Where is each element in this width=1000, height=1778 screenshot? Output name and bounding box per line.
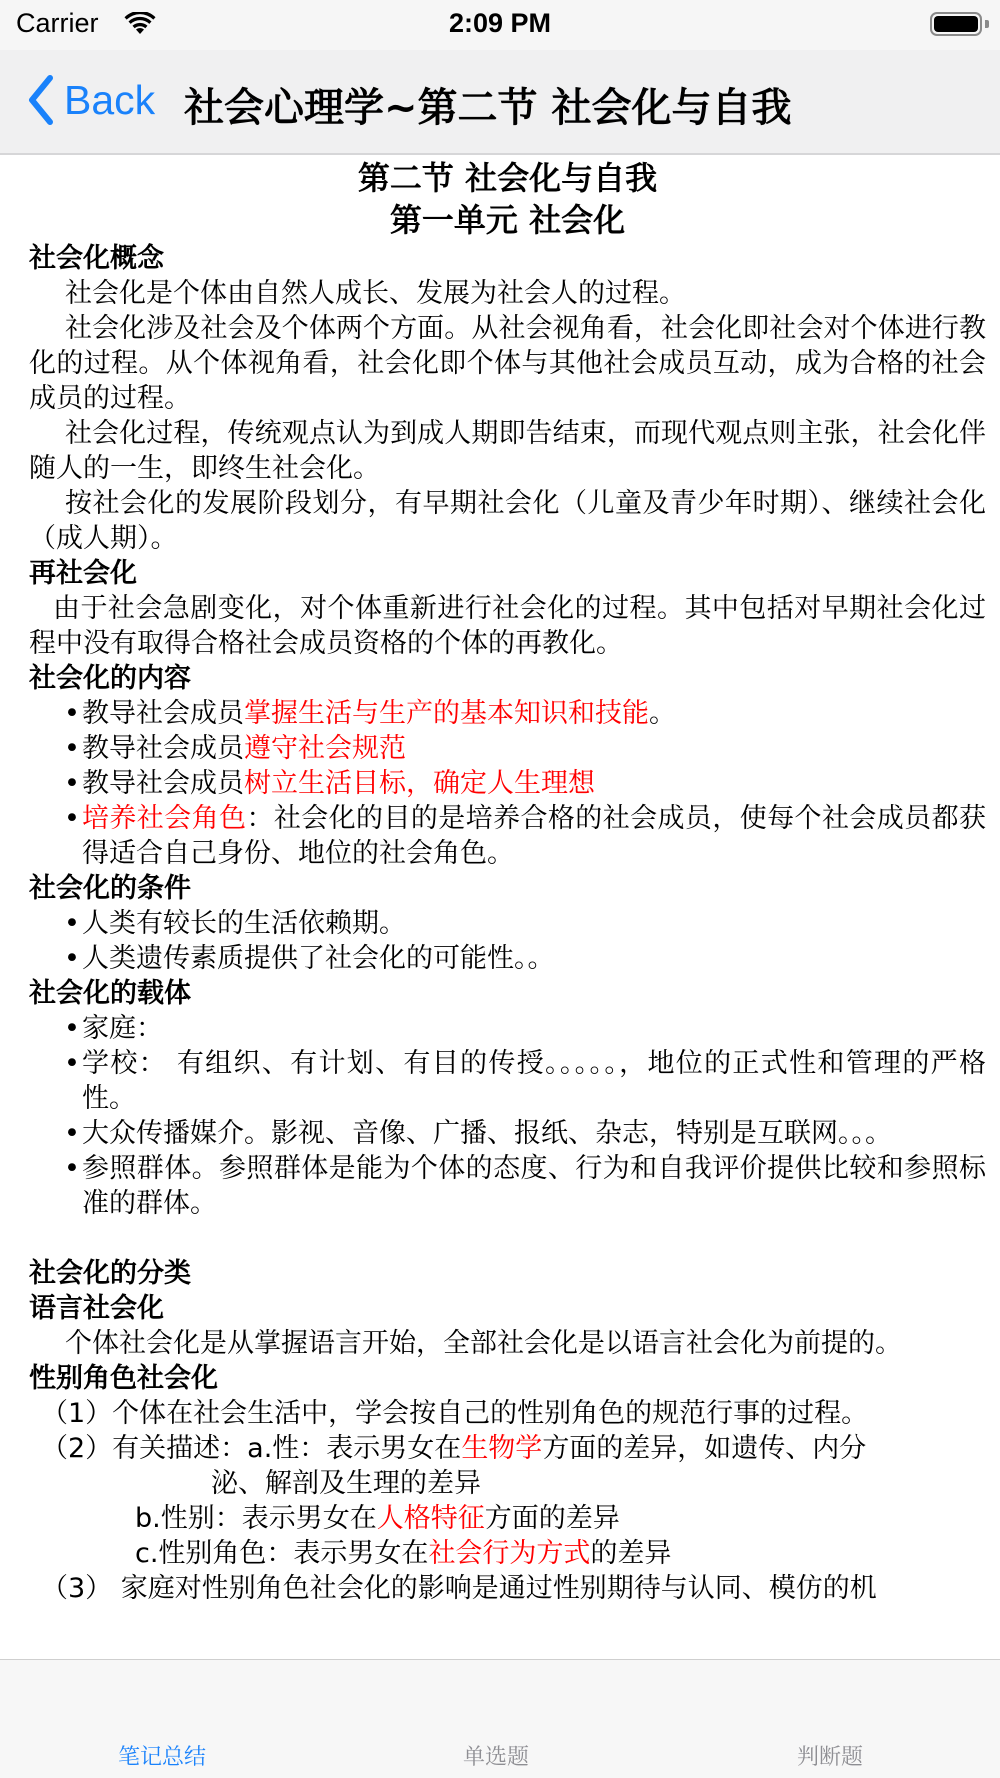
content-list: 教导社会成员掌握生活与生产的基本知识和技能。 教导社会成员遵守社会规范 教导社会… <box>64 696 986 871</box>
gender-item-c: c.性别角色：表示男女在社会行为方式的差异 <box>29 1536 986 1571</box>
paragraph: 个体社会化是从掌握语言开始，全部社会化是以语言社会化为前提的。 <box>29 1326 986 1361</box>
heading-classification: 社会化的分类 <box>29 1256 986 1291</box>
paragraph: 社会化涉及社会及个体两个方面。从社会视角看，社会化即社会对个体进行教化的过程。从… <box>29 311 986 416</box>
gender-item-1: （1）个体在社会生活中，学会按自己的性别角色的规范行事的过程。 <box>29 1396 986 1431</box>
battery-tip <box>985 20 989 28</box>
gender-item-2-continued: 泌、解剖及生理的差异 <box>29 1466 986 1501</box>
status-bar: Carrier 2:09 PM <box>0 0 1000 50</box>
gender-item-2: （2）有关描述：a.性：表示男女在生物学方面的差异，如遗传、内分 <box>29 1431 986 1466</box>
conditions-list: 人类有较长的生活依赖期。 人类遗传素质提供了社会化的可能性。。 <box>64 906 986 976</box>
list-item: 家庭： <box>64 1011 986 1046</box>
heading-carriers: 社会化的载体 <box>29 976 986 1011</box>
heading-conditions: 社会化的条件 <box>29 871 986 906</box>
list-item: 人类遗传素质提供了社会化的可能性。。 <box>64 941 986 976</box>
chevron-left-icon <box>26 74 56 126</box>
heading-resocialization: 再社会化 <box>29 556 986 591</box>
list-item: 大众传播媒介。影视、音像、广播、报纸、杂志，特别是互联网。。。 <box>64 1116 986 1151</box>
doc-title-unit: 第一单元 社会化 <box>29 199 986 241</box>
list-item: 教导社会成员掌握生活与生产的基本知识和技能。 <box>64 696 986 731</box>
list-item: 教导社会成员树立生活目标，确定人生理想 <box>64 766 986 801</box>
heading-language: 语言社会化 <box>29 1291 986 1326</box>
paragraph: 按社会化的发展阶段划分，有早期社会化（儿童及青少年时期）、继续社会化（成人期）。 <box>29 486 986 556</box>
gender-item-b: b.性别：表示男女在人格特征方面的差异 <box>29 1501 986 1536</box>
document: 第二节 社会化与自我 第一单元 社会化 社会化概念 社会化是个体由自然人成长、发… <box>0 157 1000 1606</box>
paragraph: 社会化是个体由自然人成长、发展为社会人的过程。 <box>29 276 986 311</box>
tab-true-false[interactable]: 判断题 <box>797 1740 863 1771</box>
back-button[interactable]: Back <box>26 74 155 126</box>
heading-concept: 社会化概念 <box>29 241 986 276</box>
tab-single-choice[interactable]: 单选题 <box>463 1740 529 1771</box>
paragraph: 社会化过程，传统观点认为到成人期即告结束，而现代观点则主张，社会化伴随人的一生，… <box>29 416 986 486</box>
status-time: 2:09 PM <box>0 8 1000 39</box>
carriers-list: 家庭： 学校： 有组织、有计划、有目的传授。。。。。，地位的正式性和管理的严格性… <box>64 1011 986 1221</box>
doc-title-section: 第二节 社会化与自我 <box>29 157 986 199</box>
tab-bar: 笔记总结 单选题 判断题 <box>0 1659 1000 1778</box>
list-item: 参照群体。参照群体是能为个体的态度、行为和自我评价提供比较和参照标准的群体。 <box>64 1151 986 1221</box>
list-item: 学校： 有组织、有计划、有目的传授。。。。。，地位的正式性和管理的严格性。 <box>64 1046 986 1116</box>
navigation-bar: Back 社会心理学~第二节 社会化与自我 <box>0 50 1000 155</box>
notes-content[interactable]: 第二节 社会化与自我 第一单元 社会化 社会化概念 社会化是个体由自然人成长、发… <box>0 157 1000 1659</box>
battery-full-icon <box>930 12 982 36</box>
list-item: 教导社会成员遵守社会规范 <box>64 731 986 766</box>
heading-content: 社会化的内容 <box>29 661 986 696</box>
paragraph: 由于社会急剧变化，对个体重新进行社会化的过程。其中包括对早期社会化过程中没有取得… <box>29 591 986 661</box>
page-title: 社会心理学~第二节 社会化与自我 <box>184 76 791 133</box>
back-label: Back <box>64 77 155 124</box>
spacer <box>29 1221 986 1256</box>
list-item: 培养社会角色：社会化的目的是培养合格的社会成员，使每个社会成员都获得适合自己身份… <box>64 801 986 871</box>
heading-gender: 性别角色社会化 <box>29 1361 986 1396</box>
tab-notes-summary[interactable]: 笔记总结 <box>118 1740 206 1771</box>
list-item: 人类有较长的生活依赖期。 <box>64 906 986 941</box>
gender-item-3-partial: （3） 家庭对性别角色社会化的影响是通过性别期待与认同、模仿的机 <box>29 1571 986 1606</box>
